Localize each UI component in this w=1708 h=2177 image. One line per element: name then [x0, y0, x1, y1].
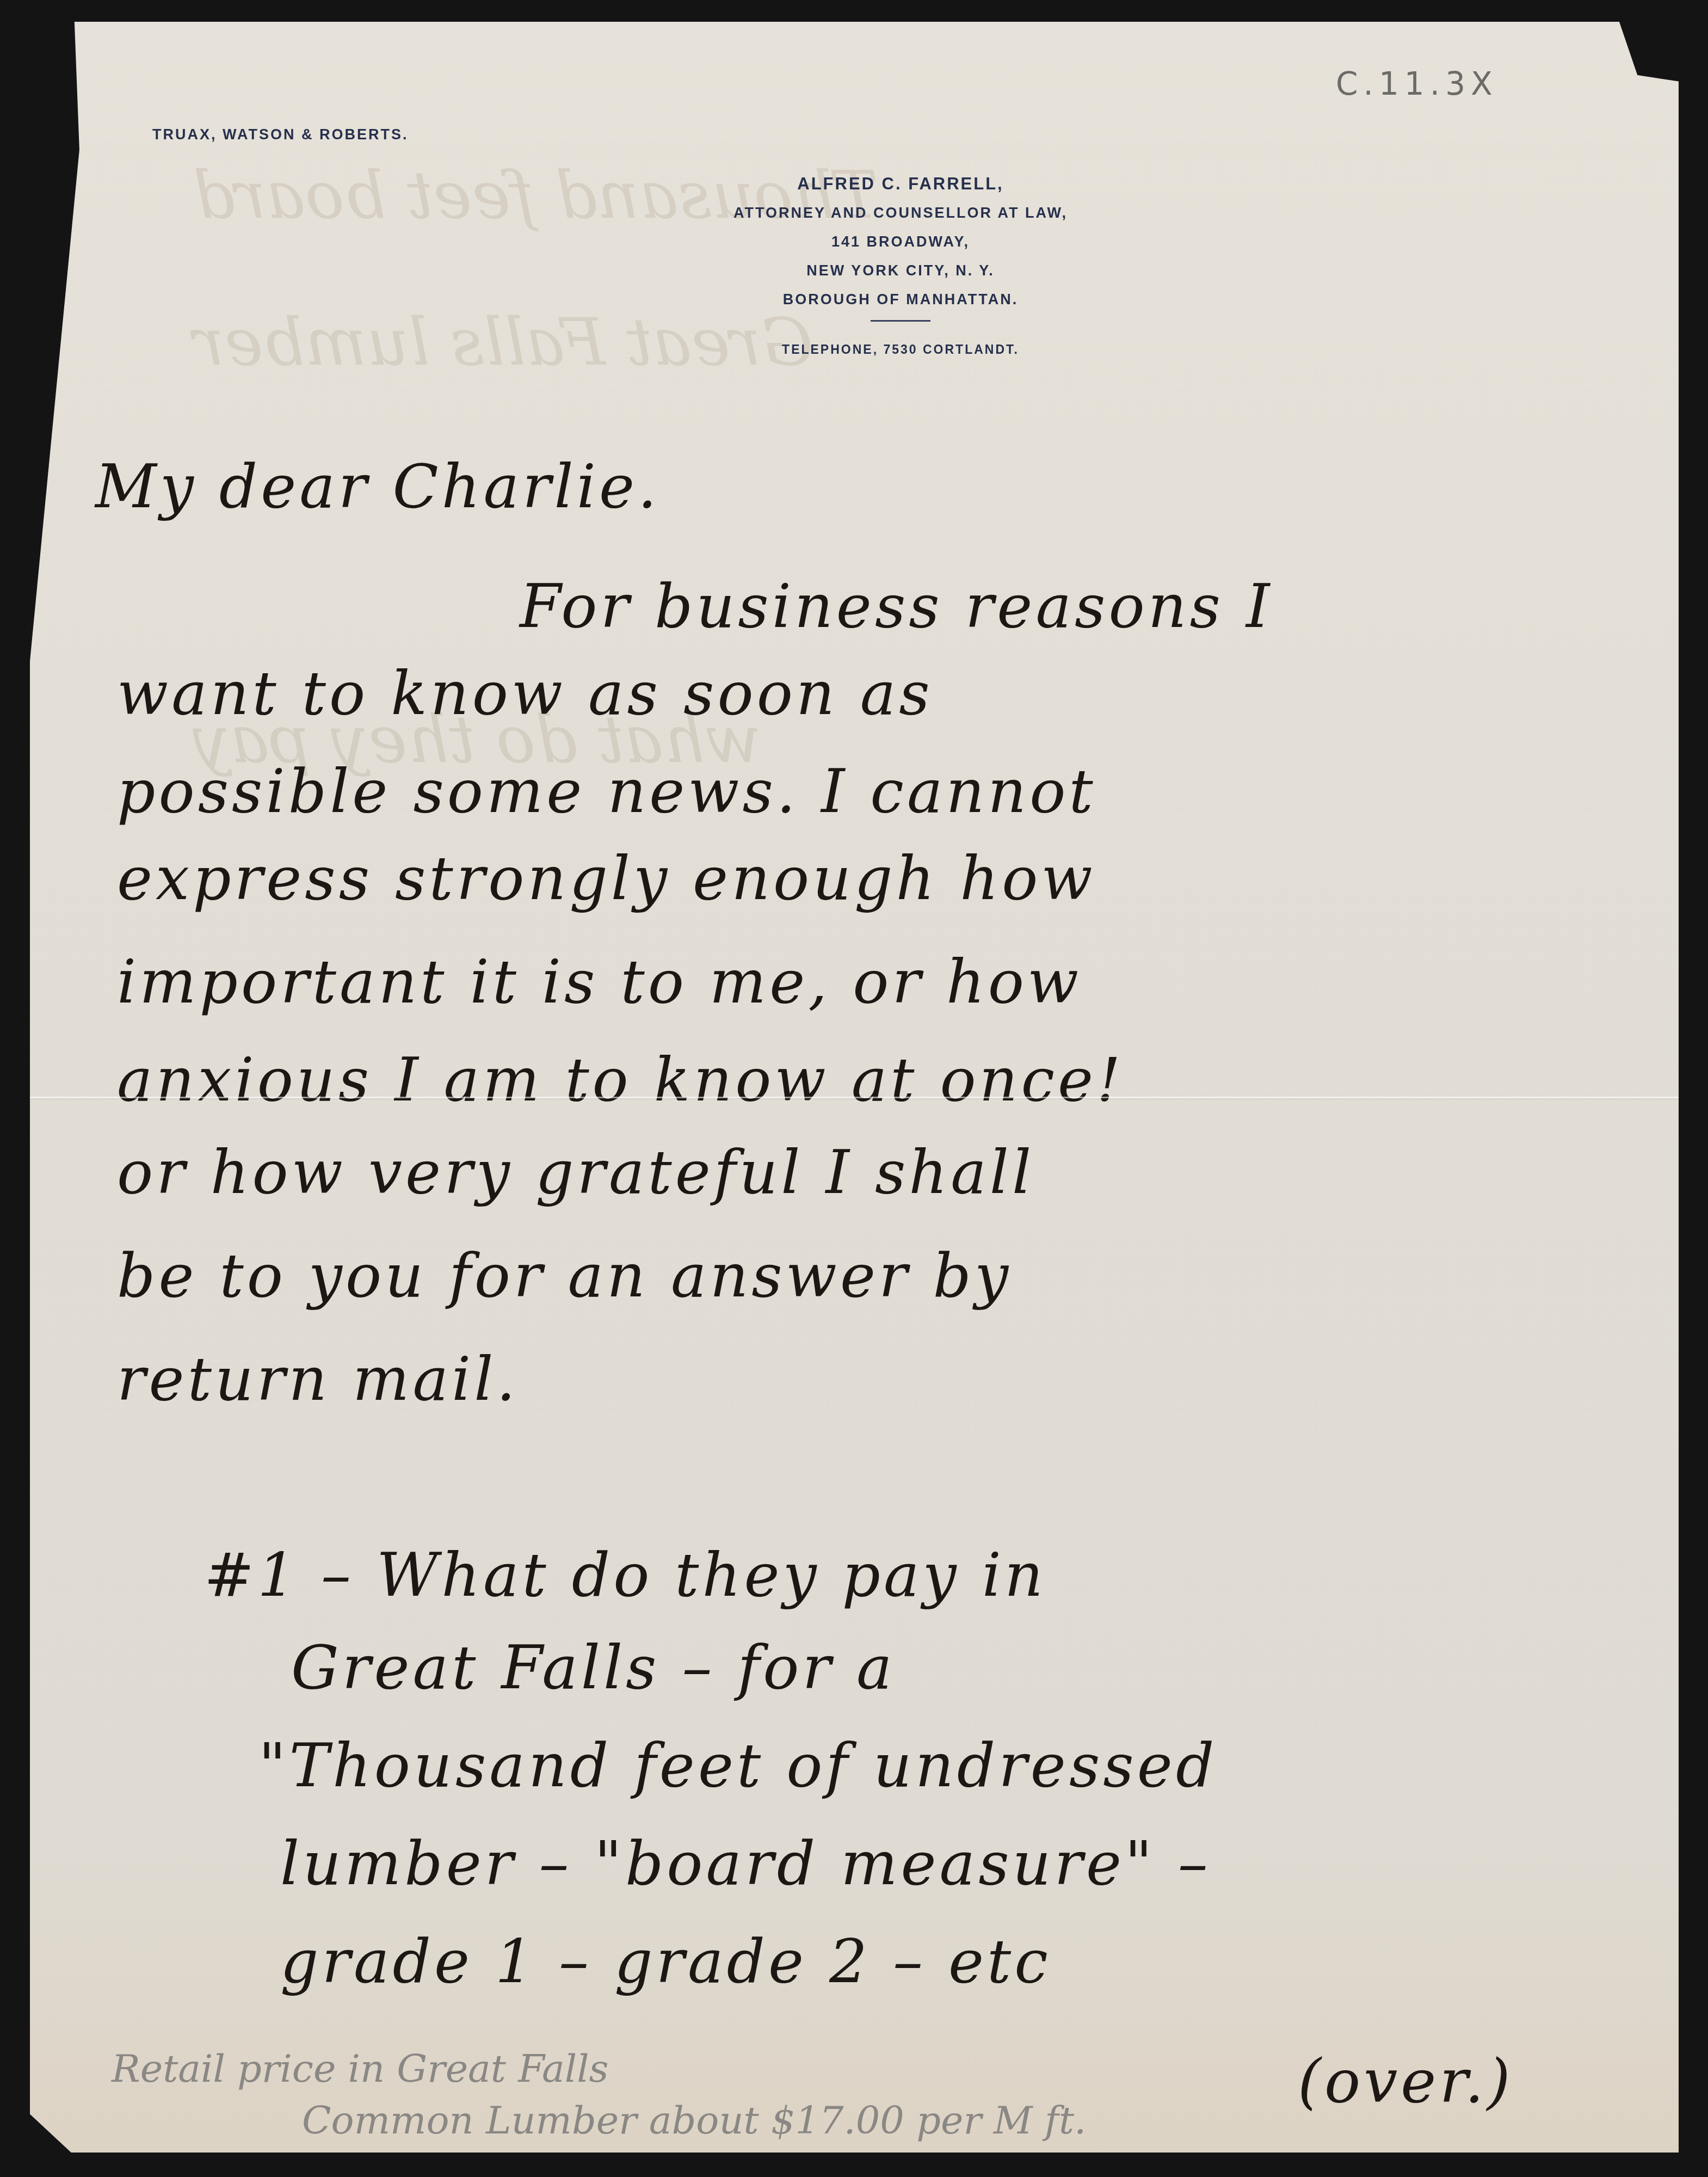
question-line: Great Falls – for a [291, 1633, 896, 1702]
question-line: grade 1 – grade 2 – etc [280, 1927, 1051, 1996]
body-line: anxious I am to know at once! [117, 1045, 1124, 1115]
body-line: important it is to me, or how [117, 947, 1082, 1017]
letter-page: Thousand feet board Great Falls lumber w… [30, 22, 1679, 2153]
question-line: lumber – "board measure" – [280, 1829, 1211, 1898]
letterhead-rule [871, 320, 930, 322]
over-note: (over.) [1298, 2046, 1514, 2116]
archive-mark: C.11.3X [1336, 65, 1498, 102]
salutation: My dear Charlie. [95, 452, 660, 521]
pencil-note-line1: Retail price in Great Falls [112, 2046, 608, 2091]
body-line: want to know as soon as [117, 659, 933, 728]
attorney-title: ATTORNEY AND COUNSELLOR AT LAW, [628, 205, 1173, 222]
borough: BOROUGH OF MANHATTAN. [628, 291, 1173, 308]
attorney-name: ALFRED C. FARRELL, [628, 174, 1173, 194]
body-line: or how very grateful I shall [117, 1137, 1034, 1207]
street-address: 141 BROADWAY, [628, 233, 1173, 250]
letterhead-block: ALFRED C. FARRELL, ATTORNEY AND COUNSELL… [628, 174, 1173, 357]
firm-name: TRUAX, WATSON & ROBERTS. [152, 126, 409, 143]
body-line: return mail. [117, 1344, 519, 1414]
body-line: For business reasons I [520, 571, 1273, 641]
city-address: NEW YORK CITY, N. Y. [628, 262, 1173, 279]
telephone: TELEPHONE, 7530 CORTLANDT. [628, 342, 1173, 357]
body-line: possible some news. I cannot [117, 757, 1096, 826]
question-line: "Thousand feet of undressed [258, 1731, 1217, 1800]
body-line: express strongly enough how [117, 844, 1096, 913]
question-line: #1 – What do they pay in [204, 1540, 1046, 1610]
pencil-note-line2: Common Lumber about $17.00 per M ft. [302, 2098, 1086, 2143]
body-line: be to you for an answer by [117, 1241, 1012, 1311]
